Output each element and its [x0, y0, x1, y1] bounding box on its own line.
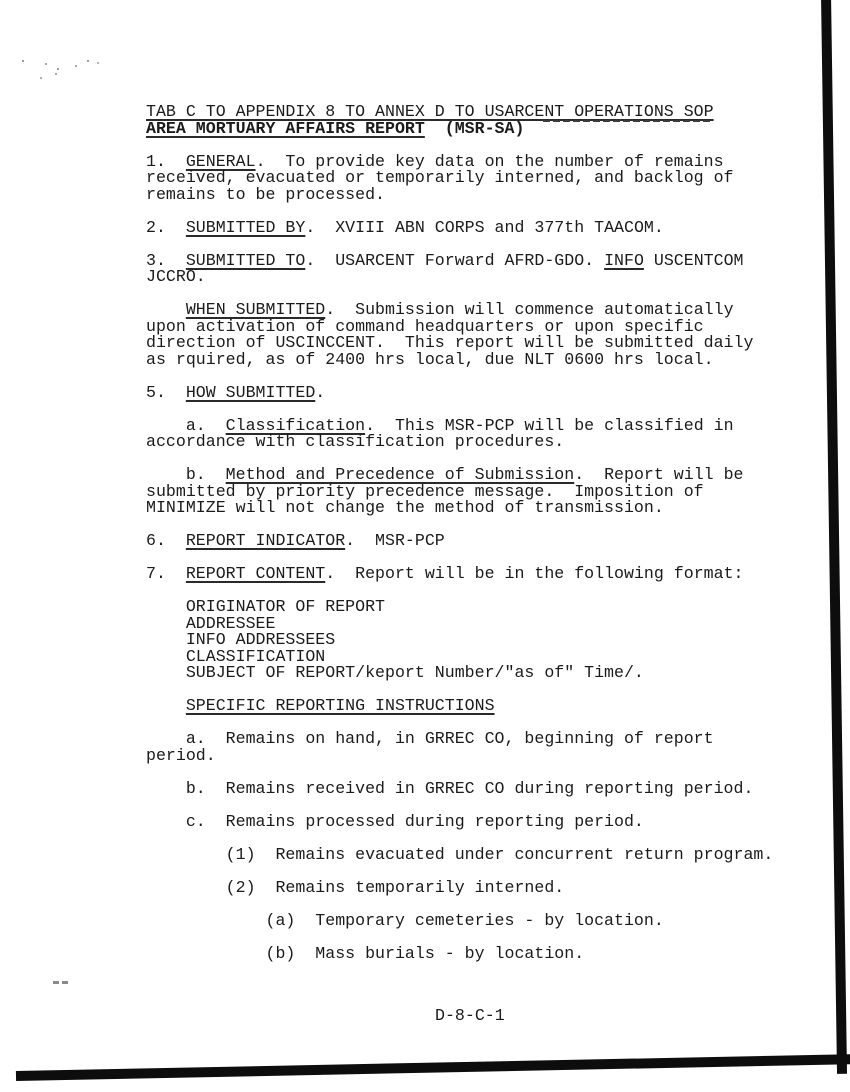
text-segment: 5. — [146, 383, 186, 402]
text-segment: REPORT CONTENT — [186, 564, 325, 583]
scan-noise-specks — [22, 60, 24, 62]
text-segment: HOW SUBMITTED — [186, 383, 315, 402]
text-line: 3. SUBMITTED TO. USARCENT Forward AFRD-G… — [146, 253, 773, 270]
text-line: remains to be processed. — [146, 187, 773, 204]
text-segment: 7. — [146, 564, 186, 583]
text-line: a. Remains on hand, in GRREC CO, beginni… — [146, 731, 773, 748]
text-segment: c. Remains processed during reporting pe… — [146, 812, 644, 831]
text-line: (b) Mass burials - by location. — [146, 946, 773, 963]
text-line: AREA MORTUARY AFFAIRS REPORT (MSR-SA) — [146, 121, 773, 138]
document-page: TAB C TO APPENDIX 8 TO ANNEX D TO USARCE… — [0, 0, 850, 1092]
page-number: D-8-C-1 — [435, 1006, 505, 1025]
text-segment: 6. — [146, 531, 186, 550]
text-segment: accordance with classification procedure… — [146, 432, 564, 451]
text-segment: JCCRO. — [146, 267, 206, 286]
text-segment: . USARCENT Forward AFRD-GDO. — [305, 251, 604, 270]
text-line: (1) Remains evacuated under concurrent r… — [146, 847, 773, 864]
text-segment: . — [315, 383, 325, 402]
text-segment: a. Remains on hand, in GRREC CO, beginni… — [146, 729, 714, 748]
text-line: 5. HOW SUBMITTED. — [146, 385, 773, 402]
text-line: c. Remains processed during reporting pe… — [146, 814, 773, 831]
text-line: SUBJECT OF REPORT/keport Number/"as of" … — [146, 665, 773, 682]
text-segment: (b) Mass burials - by location. — [146, 944, 584, 963]
text-line: accordance with classification procedure… — [146, 434, 773, 451]
text-line: MINIMIZE will not change the method of t… — [146, 500, 773, 517]
text-line: 7. REPORT CONTENT. Report will be in the… — [146, 566, 773, 583]
text-segment — [146, 696, 186, 715]
scan-edge-right — [821, 0, 847, 1074]
text-segment: . MSR-PCP — [345, 531, 445, 550]
text-segment: (2) Remains temporarily interned. — [146, 878, 564, 897]
text-segment: period. — [146, 746, 216, 765]
text-segment: (a) Temporary cemeteries - by location. — [146, 911, 664, 930]
text-segment: 2. — [146, 218, 186, 237]
text-line: b. Remains received in GRREC CO during r… — [146, 781, 773, 798]
text-segment: SPECIFIC REPORTING INSTRUCTIONS — [186, 696, 495, 715]
scan-edge-bottom — [16, 1054, 850, 1081]
text-segment: REPORT INDICATOR — [186, 531, 345, 550]
text-segment: . Report will be in the following format… — [325, 564, 743, 583]
text-line: (2) Remains temporarily interned. — [146, 880, 773, 897]
text-line: (a) Temporary cemeteries - by location. — [146, 913, 773, 930]
document-text: TAB C TO APPENDIX 8 TO ANNEX D TO USARCE… — [146, 104, 773, 962]
text-segment: . XVIII ABN CORPS and 377th TAACOM. — [305, 218, 663, 237]
text-line: 2. SUBMITTED BY. XVIII ABN CORPS and 377… — [146, 220, 773, 237]
text-line: JCCRO. — [146, 269, 773, 286]
scan-underline-artifact — [543, 120, 713, 122]
text-line: SPECIFIC REPORTING INSTRUCTIONS — [146, 698, 773, 715]
text-segment: INFO — [604, 251, 644, 270]
text-segment: remains to be processed. — [146, 185, 385, 204]
text-segment: (MSR-SA) — [425, 119, 525, 138]
text-segment: MINIMIZE will not change the method of t… — [146, 498, 664, 517]
text-segment: b. Remains received in GRREC CO during r… — [146, 779, 753, 798]
text-segment: SUBJECT OF REPORT/keport Number/"as of" … — [146, 663, 644, 682]
text-segment: as rquired, as of 2400 hrs local, due NL… — [146, 350, 714, 369]
text-line: as rquired, as of 2400 hrs local, due NL… — [146, 352, 773, 369]
text-segment: USCENTCOM — [644, 251, 744, 270]
text-segment: AREA MORTUARY AFFAIRS REPORT — [146, 119, 425, 138]
scan-dash-artifact — [53, 981, 70, 984]
text-segment: (1) Remains evacuated under concurrent r… — [146, 845, 773, 864]
text-line: period. — [146, 748, 773, 765]
text-line: 6. REPORT INDICATOR. MSR-PCP — [146, 533, 773, 550]
text-segment: SUBMITTED BY — [186, 218, 306, 237]
